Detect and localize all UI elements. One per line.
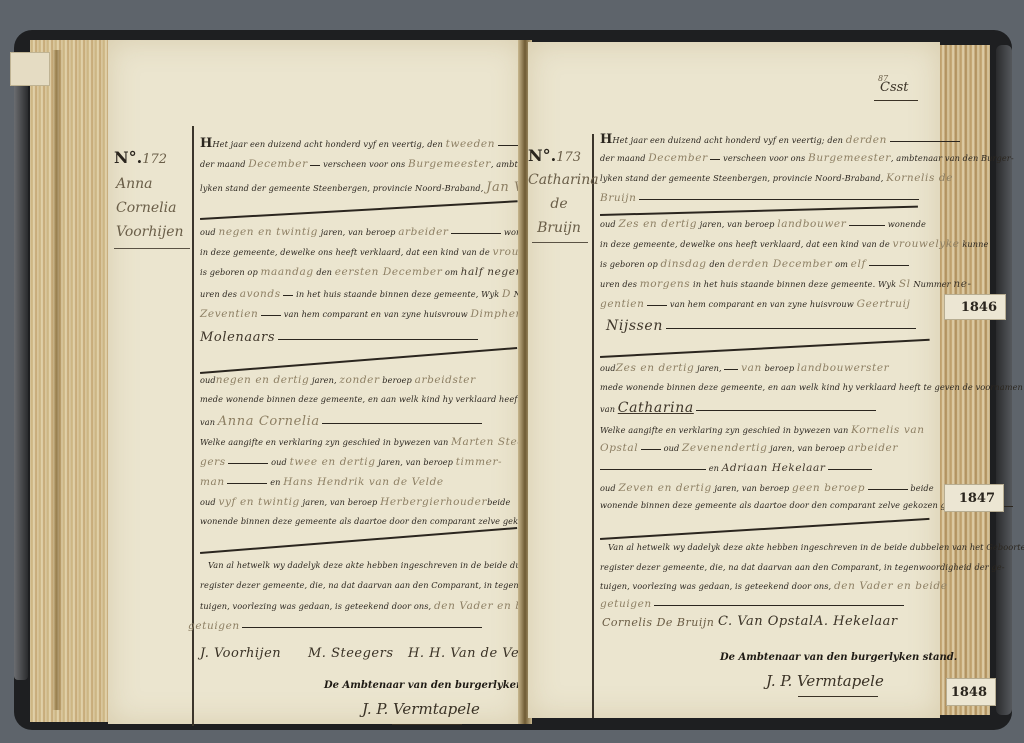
printed-text: in het huis staande binnen deze gemeente… xyxy=(693,279,896,289)
printed-text: jaren, van beroep xyxy=(700,219,775,229)
handwritten-witness-2-occupation: Herbergierhouder xyxy=(380,496,487,508)
handwritten-wyk: Sl xyxy=(899,278,911,290)
printed-text: Het jaar een duizend acht honderd vyf en… xyxy=(212,139,442,149)
signature-witness-1: M. Steegers xyxy=(308,646,394,661)
printed-text: jaren, van beroep xyxy=(378,457,453,467)
printed-text: , ambtenaar van den Burger- xyxy=(891,153,1014,163)
handwritten-weekday: maandag xyxy=(261,266,314,278)
margin-child-name: Anna Cornelia Voorhijen xyxy=(116,172,184,244)
left-page: N°.172 Anna Cornelia Voorhijen HHet jaar… xyxy=(108,40,523,724)
record-number: N°.173 xyxy=(528,146,581,165)
printed-text: is geboren op xyxy=(600,259,658,269)
printed-text: uren des xyxy=(600,279,637,289)
printed-text: lyken stand der gemeente Steenbergen, pr… xyxy=(600,173,883,183)
handwritten-witness-1-occupation: timmer- xyxy=(456,456,502,468)
right-page: 87 Csst N°.173 Catharina de Bruijn HHet … xyxy=(528,42,940,718)
cancel-line xyxy=(600,518,929,540)
printed-text: tuigen, voorlezing was gedaan, is geteek… xyxy=(200,601,431,611)
official-signature: J. P. Vermtapele xyxy=(766,672,884,690)
printed-text: mede wonende binnen deze gemeente, en aa… xyxy=(600,382,1023,392)
handwritten-occupation: arbeider xyxy=(398,226,448,238)
handwritten-sex: vrouwelyke xyxy=(893,238,960,250)
year-tab-1846[interactable]: 1846 xyxy=(944,294,1006,320)
handwritten-mother-first-name: Geertruij xyxy=(857,298,911,310)
printed-text: jaren, xyxy=(312,375,337,385)
printed-text: oud xyxy=(664,443,680,453)
handwritten-witness-1-cont: Opstal xyxy=(600,442,638,454)
printed-text: uren des xyxy=(200,289,237,299)
handwritten-witness-2-occupation: geen beroep xyxy=(792,482,865,494)
printed-text: verscheen voor ons xyxy=(323,159,405,169)
handwritten-witness-1-cont: gers xyxy=(200,456,226,468)
handwritten-witness-1-age: Zevenendertig xyxy=(682,442,767,454)
printed-text: jaren, xyxy=(697,363,722,373)
printed-text: kunne xyxy=(962,239,988,249)
cover-left-metal-edge xyxy=(14,80,28,680)
official-title: De Ambtenaar van den burgerlyken stand. xyxy=(720,652,957,663)
handwritten-birth-date: eersten December xyxy=(335,266,443,278)
year-tab-label: 1846 xyxy=(961,300,997,315)
printed-text: van xyxy=(200,417,215,427)
printed-text: Welke aangifte en verklaring zyn geschie… xyxy=(200,437,448,447)
handwritten-weekday: dinsdag xyxy=(661,258,707,270)
handwritten-time-of-day: avonds xyxy=(240,288,281,300)
handwritten-mother-occupation: landbouwerster xyxy=(797,362,889,374)
handwritten-getuigen: getuigen xyxy=(600,598,652,610)
handwritten-birth-date: derden December xyxy=(728,258,833,270)
printed-text: oud xyxy=(200,375,216,385)
printed-text: oud xyxy=(600,483,616,493)
printed-text: beide xyxy=(487,497,510,507)
printed-text: lyken stand der gemeente Steenbergen, pr… xyxy=(200,183,483,193)
handwritten-witness-2-age: Zeven en dertig xyxy=(618,482,711,494)
cancel-line xyxy=(200,347,517,373)
handwritten-child-name: Anna Cornelia xyxy=(218,414,320,429)
signature-father: J. Voorhijen xyxy=(200,646,281,661)
printed-text: in deze gemeente, dewelke ons heeft verk… xyxy=(600,239,890,249)
printed-text: oud xyxy=(200,497,216,507)
signature-underline xyxy=(392,724,462,725)
printed-text: register dezer gemeente, die, na dat daa… xyxy=(600,562,1005,572)
printed-text: en xyxy=(270,477,280,487)
handwritten-witness-2-age: vyf en twintig xyxy=(218,496,299,508)
handwritten-house-number-cont: gentien xyxy=(600,298,644,310)
printed-text: is geboren op xyxy=(200,267,258,277)
printed-text: wonende binnen deze gemeente als daartoe… xyxy=(600,500,981,510)
handwritten-getuigen: getuigen xyxy=(188,620,240,632)
folio-handwritten: Csst xyxy=(880,80,909,95)
handwritten-witness-1: Marten Stee- xyxy=(451,436,528,448)
printed-text: jaren, van beroep xyxy=(714,483,789,493)
year-tab-label: 1847 xyxy=(959,491,995,506)
handwritten-official: Burgemeester xyxy=(808,152,891,164)
printed-text: van hem comparant en van zyne huisvrouw xyxy=(284,309,468,319)
printed-text: beide xyxy=(910,483,933,493)
printed-text: jaren, van beroep xyxy=(770,443,845,453)
handwritten-father-name: Kornelis de xyxy=(886,172,953,184)
printed-text: in het huis staande binnen deze gemeente… xyxy=(296,289,499,299)
printed-text: beroep xyxy=(765,363,795,373)
handwritten-wyk: D xyxy=(502,288,511,300)
printed-text: in deze gemeente, dewelke ons heeft verk… xyxy=(200,247,490,257)
paper-flap xyxy=(10,52,50,86)
printed-text: om xyxy=(445,267,458,277)
handwritten-zonder: zonder xyxy=(339,374,379,386)
handwritten-witness-2: Adriaan Hekelaar xyxy=(722,462,826,474)
margin-rule xyxy=(592,134,594,718)
cancel-line xyxy=(200,200,518,219)
handwritten-mother-surname: Molenaars xyxy=(200,330,275,345)
signature-witness-2: A. Hekelaar xyxy=(814,614,898,629)
printed-text: oud xyxy=(271,457,287,467)
printed-text: en xyxy=(709,463,719,473)
printed-text: Het jaar een duizend acht honderd vyf en… xyxy=(612,135,843,145)
handwritten-witness-1-occupation: arbeider xyxy=(848,442,898,454)
record-number: N°.172 xyxy=(114,148,167,167)
printed-text: jaren, van beroep xyxy=(303,497,378,507)
margin-underline xyxy=(114,248,190,249)
handwritten-witness-1-age: twee en dertig xyxy=(290,456,376,468)
signature-father: Cornelis De Bruijn xyxy=(602,616,714,629)
printed-text: wonende xyxy=(888,219,926,229)
signature-witness-1: C. Van Opstal xyxy=(718,614,813,629)
cancel-line xyxy=(600,206,918,216)
printed-text: jaren, van beroep xyxy=(321,227,396,237)
handwritten-witness-1: Kornelis van xyxy=(851,424,924,436)
printed-text: oud xyxy=(200,227,216,237)
year-tab-label: 1848 xyxy=(951,685,987,700)
handwritten-time-of-day: morgens xyxy=(640,278,691,290)
cancel-line xyxy=(200,527,517,553)
folio-underline xyxy=(874,100,918,101)
printed-text: van hem comparant en van zyne huisvrouw xyxy=(670,299,854,309)
year-tab-1847[interactable]: 1847 xyxy=(944,484,1004,512)
printed-text: den xyxy=(709,259,725,269)
printed-text: beroep xyxy=(382,375,412,385)
printed-text: Nummer xyxy=(913,279,950,289)
official-signature: J. P. Vermtapele xyxy=(362,700,480,718)
handwritten-age: negen en twintig xyxy=(218,226,318,238)
cover-right-metal-edge xyxy=(996,45,1012,715)
handwritten-witness-2: Hans Hendrik van de Velde xyxy=(283,476,444,488)
printed-text: der maand xyxy=(200,159,246,169)
handwritten-child-name: Catharina xyxy=(618,400,694,416)
handwritten-van: van xyxy=(741,362,762,374)
handwritten-mother-age: Zes en dertig xyxy=(616,362,695,374)
printed-text: der maand xyxy=(600,153,646,163)
printed-text: tuigen, voorlezing was gedaan, is geteek… xyxy=(600,581,831,591)
handwritten-house-number: ne- xyxy=(953,278,971,290)
handwritten-occupation: landbouwer xyxy=(777,218,846,230)
handwritten-day: tweeden xyxy=(446,138,496,150)
handwritten-hour: half negen xyxy=(461,266,523,278)
handwritten-mother-age: negen en dertig xyxy=(216,374,310,386)
printed-text: Van al hetwelk wy dadelyk deze akte hebb… xyxy=(608,542,1024,552)
handwritten-father-surname: Bruijn xyxy=(600,192,636,204)
printed-text: oud xyxy=(600,363,616,373)
margin-child-name: Catharina de Bruijn xyxy=(528,168,590,240)
printed-text: van xyxy=(600,404,615,414)
handwritten-hour: elf xyxy=(851,258,866,270)
year-tab-1848[interactable]: 1848 xyxy=(946,678,996,706)
handwritten-month: December xyxy=(648,152,707,164)
printed-text: Welke aangifte en verklaring zyn geschie… xyxy=(600,425,848,435)
printed-text: den xyxy=(316,267,332,277)
handwritten-day: derden xyxy=(846,134,887,146)
handwritten-official: Burgemeester xyxy=(408,158,491,170)
printed-text: verscheen voor ons xyxy=(723,153,805,163)
handwritten-age: Zes en dertig xyxy=(618,218,697,230)
handwritten-house-number: Zeventien xyxy=(200,308,258,320)
handwritten-witness-1-occupation-cont: man xyxy=(200,476,225,488)
printed-text: oud xyxy=(600,219,616,229)
cancel-line xyxy=(600,339,930,358)
margin-rule xyxy=(192,126,194,726)
handwritten-signers: den Vader en beide xyxy=(834,580,948,592)
printed-text: om xyxy=(835,259,848,269)
handwritten-month: December xyxy=(248,158,307,170)
handwritten-mother-surname: Nijssen xyxy=(606,318,663,334)
left-page-stack xyxy=(30,40,110,722)
margin-underline xyxy=(532,242,588,243)
handwritten-mother-occupation: arbeidster xyxy=(415,374,476,386)
signature-underline xyxy=(798,696,878,697)
